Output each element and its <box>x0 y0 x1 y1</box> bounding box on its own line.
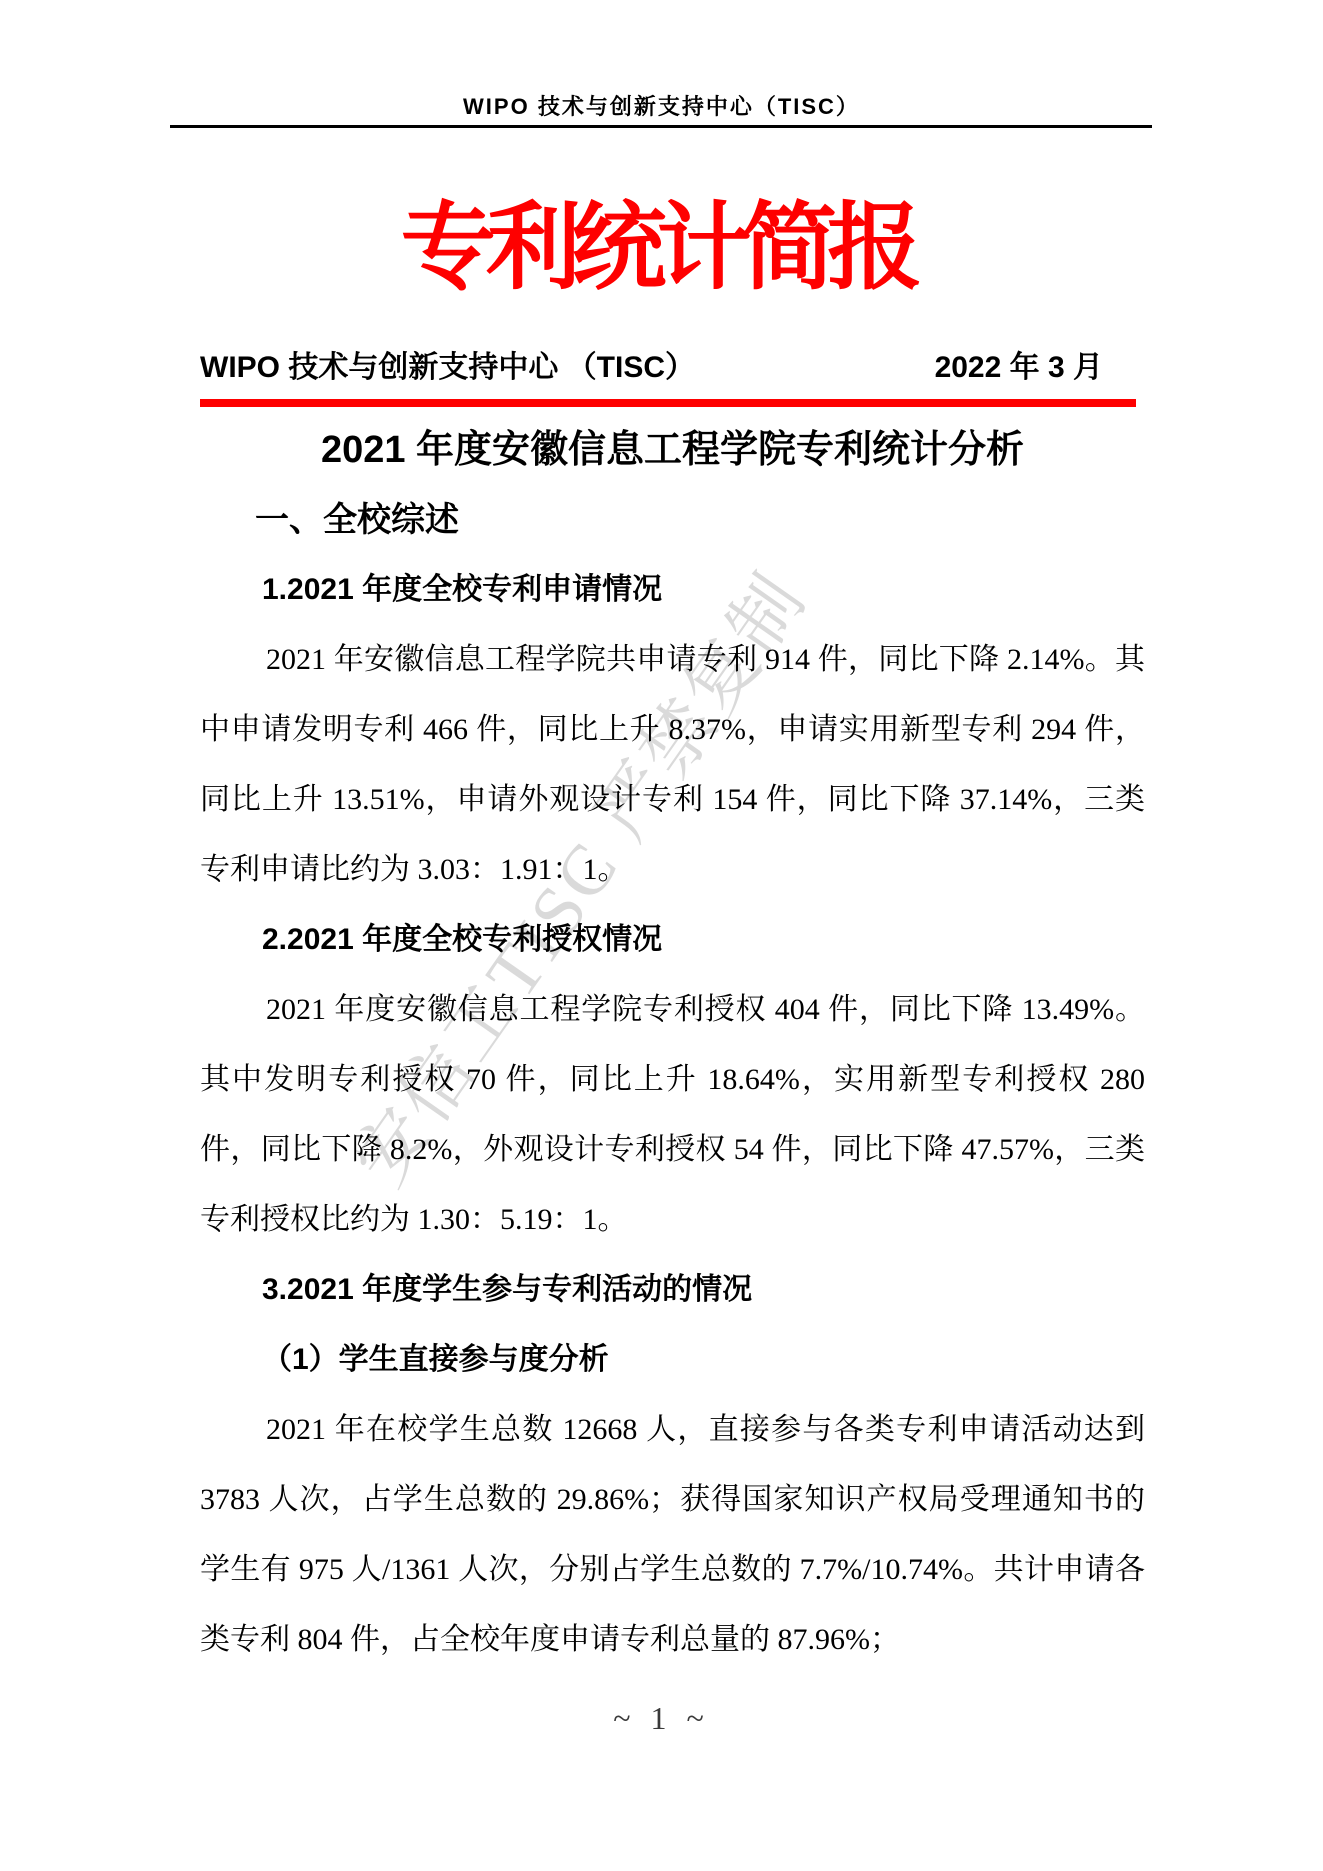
masthead-date: 2022 年 3 月 <box>935 342 1136 386</box>
running-header: WIPO 技术与创新支持中心（TISC） <box>0 90 1323 121</box>
header-rule <box>170 125 1152 128</box>
bulletin-title: 专 利 统 计 简 报 <box>0 193 1323 303</box>
section-1-heading: 一、全校综述 <box>255 485 1145 555</box>
masthead-rule <box>200 399 1136 407</box>
paragraph-student-participation: 2021 年在校学生总数 12668 人，直接参与各类专利申请活动达到 3783… <box>200 1395 1145 1675</box>
paragraph-patent-grants: 2021 年度安徽信息工程学院专利授权 404 件，同比下降 13.49%。其中… <box>200 975 1145 1255</box>
subsection-1-heading: 1.2021 年度全校专利申请情况 <box>262 555 1145 625</box>
masthead-row: WIPO 技术与创新支持中心 （TISC） 2022 年 3 月 <box>200 342 1136 386</box>
document-page: 安信工TISC 严禁复制 WIPO 技术与创新支持中心（TISC） 专 利 统 … <box>0 0 1323 1871</box>
subsection-3-item-1-heading: （1）学生直接参与度分析 <box>262 1325 1145 1395</box>
page-footer: ~ 1 ~ <box>0 1700 1323 1737</box>
page-number: ~ 1 ~ <box>613 1700 710 1736</box>
document-body: 2021 年度安徽信息工程学院专利统计分析 一、全校综述 1.2021 年度全校… <box>200 415 1145 1675</box>
paragraph-patent-applications: 2021 年安徽信息工程学院共申请专利 914 件，同比下降 2.14%。其中申… <box>200 625 1145 905</box>
masthead-org: WIPO 技术与创新支持中心 （TISC） <box>200 342 695 386</box>
document-title: 2021 年度安徽信息工程学院专利统计分析 <box>200 415 1145 485</box>
subsection-3-heading: 3.2021 年度学生参与专利活动的情况 <box>262 1255 1145 1325</box>
subsection-2-heading: 2.2021 年度全校专利授权情况 <box>262 905 1145 975</box>
